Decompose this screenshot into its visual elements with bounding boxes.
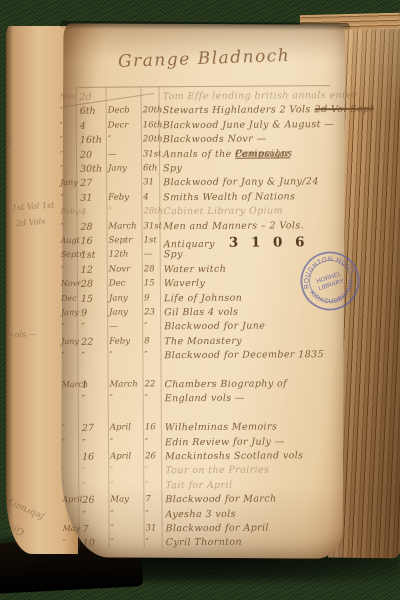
entry-title: Spy [163,163,182,174]
entry-day-returned: 20th [143,134,158,144]
entry-month-lent: ″ [60,149,76,158]
entry-title: Edin Review for July — [165,436,285,448]
entry-day-returned: 20th [143,106,158,116]
entry-month-returned: Decr [108,120,139,130]
entry-day-lent: 26 [82,495,106,506]
entry-title: Blackwood for Jany & Juny/24 [163,177,319,189]
entry-day-returned: 31 [146,523,161,533]
ledger-rows: Nov2dTom Effe lending british annals ent… [0,90,339,92]
entry-title: Tait for April [165,480,232,491]
entry-day-lent: 16 [81,236,105,247]
entry-month-returned: ″ [110,466,141,476]
ledger-row: ″10″″Cyril Thornton [2,536,342,552]
entry-day-returned: 9 [144,293,159,303]
entry-month-returned: ″ [110,480,141,490]
entry-title: Waverly [164,278,205,289]
entry-month-returned: ″ [111,538,142,548]
entry-month-lent: Augt [61,236,77,245]
entry-day-lent: 28 [80,221,104,232]
entry-month-returned: ″ [111,523,142,533]
entry-title: Life of Johnson [164,292,242,304]
entry-day-returned: 6th [143,163,158,173]
entry-day-returned: ″ [144,350,159,360]
entry-day-lent: ″ [81,322,105,333]
entry-month-lent: Feby [60,207,76,216]
entry-month-lent: Nov [60,92,76,101]
entry-title: Ayesha 3 vols [165,508,235,519]
entry-day-lent: 10 [83,538,107,549]
entry-month-returned: — [108,149,139,159]
entry-day-lent: 15 [81,293,105,304]
entry-month-lent: ″ [60,193,76,202]
entry-day-returned: 7 [145,494,160,504]
entry-month-returned: ″ [110,437,141,447]
entry-title: Blackwood for March [165,494,276,506]
entry-day-lent: 30th [80,164,104,175]
entry-day-returned: ″ [146,538,161,548]
entry-month-lent: ″ [60,121,76,130]
entry-day-lent: 9 [81,308,105,319]
entry-month-returned: May [110,495,141,505]
entry-title: Annals of the Peninsular Campaigns [163,148,293,160]
entry-day-lent: 31 [80,192,104,203]
entry-month-returned: April [110,423,141,433]
entry-day-returned: 28th [143,206,158,216]
entry-month-returned: April [110,451,141,461]
entry-month-lent: Dec [61,293,77,302]
entry-month-lent: ″ [61,265,77,274]
entry-month-lent: Jany [60,178,76,187]
entry-title: Blackwood June July & August — [163,119,334,131]
entry-month-lent: ″ [62,437,78,446]
entry-day-returned: ″ [144,322,159,332]
entry-month-lent: April [62,495,78,504]
entry-day-lent: 1 [82,380,106,391]
entry-month-returned: Novr [109,264,140,274]
entry-month-lent: ″ [63,538,79,547]
entry-day-lent: 16th [80,135,104,146]
entry-month-returned: Jany [109,293,140,303]
entry-title: Wilhelminas Memoirs [165,422,277,434]
entry-day-returned: 15 [144,278,159,288]
entry-title: The Monastery [164,336,242,348]
entry-day-lent: 6th [80,106,104,117]
entry-month-returned: Feby [109,336,140,346]
entry-month-lent: Septr [61,250,77,259]
entry-day-lent: 4 [80,120,104,131]
entry-day-lent: ″ [82,394,106,405]
entry-day-returned: 23 [144,307,159,317]
table-header-rule [79,85,331,88]
entry-title: Tour on the Prairies [165,465,269,477]
entry-day-lent: 16 [82,452,106,463]
entry-day-returned: ″ [145,437,160,447]
entry-month-returned: March [110,379,141,389]
photograph-of-ledger: / 1st Vol 1st 2d Vols ~ols — february Gi… [0,0,400,600]
entry-day-returned: 31st [143,221,158,231]
entry-title: Blackwood for April [166,523,269,535]
entry-month-lent: ″ [60,135,76,144]
entry-month-returned: March [108,221,139,231]
entry-title: Stewarts Highlanders 2 Vols2d Vol Sept [163,105,311,117]
entry-month-returned: ″ [110,394,141,404]
entry-month-returned: Feby [108,192,139,202]
entry-day-returned: 8 [144,336,159,346]
entry-title: Men and Manners – 2 Vols. [163,220,304,232]
entry-title: Mackintoshs Scotland vols [165,450,303,462]
entry-month-returned: Dec [109,279,140,289]
entry-day-returned: 16 [145,422,160,432]
entry-month-lent: ″ [60,106,76,115]
entry-day-returned: 31 [143,178,158,188]
entry-month-returned: 12th [109,250,140,260]
entry-month-lent: ″ [62,466,78,475]
entry-day-lent: 27 [82,423,106,434]
entry-day-lent: 27 [80,178,104,189]
entry-month-returned: ″ [108,207,139,217]
entry-title: Blackwood for December 1835 [164,349,324,361]
entry-month-lent: ″ [61,351,77,360]
entry-day-returned: 1st [144,235,159,245]
entry-month-returned: Jany [108,163,139,173]
entry-day-lent: ″ [82,480,106,491]
entry-day-lent: 20 [80,149,104,160]
entry-day-returned: 31st [143,149,158,159]
entry-month-returned: ″ [109,351,140,361]
entry-title: England vols — [165,393,245,405]
entry-title: Tom Effe lending british annals enter [163,90,358,102]
entry-day-lent: ″ [81,351,105,362]
entry-day-lent: 28 [81,279,105,290]
entry-day-lent: ″ [82,466,106,477]
entry-month-returned: ″ [108,135,139,145]
entry-month-lent: ″ [61,322,77,331]
entry-day-returned: — [144,250,159,260]
entry-day-returned: 16th [143,120,158,130]
entry-title: Chambers Biography of [165,378,288,390]
entry-day-lent: 1st [81,250,105,261]
entry-day-returned: ″ [145,466,160,476]
entry-title: Cabinet Library Opium [163,206,283,218]
entry-month-lent: May [63,524,79,533]
entry-month-lent: Jany [61,308,77,317]
entry-month-lent: ″ [60,164,76,173]
entry-month-returned: Jany [109,307,140,317]
entry-day-returned: 28 [144,264,159,274]
entry-month-returned: ″ [110,509,141,519]
entry-title: Gil Blas 4 vols [164,307,238,319]
entry-month-lent: ″ [60,221,76,230]
entry-title: Spy [164,250,183,261]
entry-month-returned: — [109,322,140,332]
entry-day-lent: 7 [83,524,107,535]
entry-title: Smiths Wealth of Nations [163,191,295,203]
entry-day-lent: ″ [82,437,106,448]
entry-day-lent: 22 [81,336,105,347]
entry-day-returned: ″ [145,509,160,519]
entry-day-lent: 4 [80,207,104,218]
entry-day-returned: 22 [145,379,160,389]
entry-month-lent: March [62,380,78,389]
entry-month-lent: ″ [62,423,78,432]
entry-day-lent: 2d [80,92,104,103]
entry-day-returned: 4 [143,192,158,202]
entry-day-returned: ″ [145,480,160,490]
entry-title: Water witch [164,264,227,275]
entry-month-lent: Jany [61,337,77,346]
entry-day-returned: 26 [145,451,160,461]
entry-title: Blackwoods Novr — [163,134,267,146]
entry-month-lent: Novr [61,279,77,288]
entry-day-lent: ″ [82,509,106,520]
entry-title: Blackwood for June [164,321,265,333]
entry-month-returned: Decb [108,106,139,116]
entry-title: Cyril Thornton [166,537,242,549]
entry-day-returned: ″ [145,394,160,404]
entry-day-lent: 12 [81,264,105,275]
struck-text: 2d Vol Sept [315,104,374,115]
entry-month-returned: Septr [109,235,140,245]
entry-month-lent: ″ [62,481,78,490]
